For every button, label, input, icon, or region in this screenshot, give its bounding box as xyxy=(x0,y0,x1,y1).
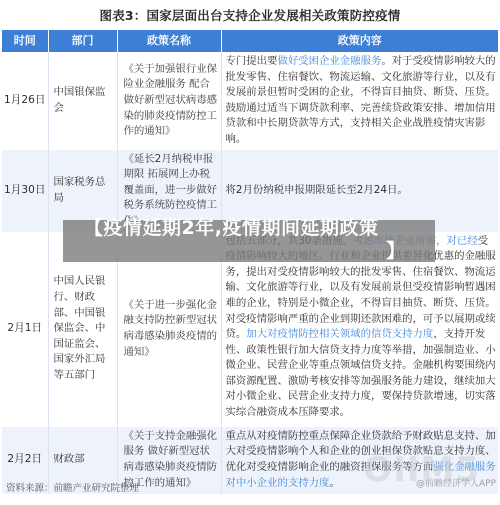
cell-policy-content: 专门提出要做好受困企业金融服务。对于受疫情影响较大的批发零售、住宿餐饮、物流运输… xyxy=(221,52,498,150)
content-highlight: 做好受困企业金融服务 xyxy=(277,55,381,67)
column-header-time: 时间 xyxy=(2,30,48,52)
content-text: 专门提出要 xyxy=(226,55,278,67)
column-header-policy-name: 政策名称 xyxy=(117,30,221,52)
column-header-department: 部门 xyxy=(48,30,117,52)
chart-title: 图表3：国家层面出台支持企业发展相关政策防控疫情 xyxy=(0,6,500,24)
content-text: 。对于受疫情影响较大的批发零售、住宿餐饮、物流运输、文化旅游等行业，以及有发展前… xyxy=(226,55,496,145)
content-highlight: 加大对疫情防控相关领域的信贷支持力度 xyxy=(246,328,433,340)
table-header-row: 时间 部门 政策名称 政策内容 xyxy=(2,30,498,52)
cell-time: 2月1日 xyxy=(2,232,48,427)
cell-department: 中国银保监会 xyxy=(48,52,117,150)
cell-time: 1月26日 xyxy=(2,52,48,150)
overlay-title-tail: 】 xyxy=(84,239,454,263)
content-text: ，支持开发性、政策性银行加大信贷支持力度等举措，加强制造业、小微企业、民营企业等… xyxy=(226,328,496,418)
corner-watermark: @前瞻经济学人APP xyxy=(416,476,496,489)
overlay-title-main: 【疫情延期2年,疫情期间延期政策 xyxy=(84,217,378,239)
cell-time: 1月30日 xyxy=(2,150,48,232)
source-caption: 资料来源：前瞻产业研究院整理 xyxy=(6,480,139,494)
content-text: 。 xyxy=(329,477,339,489)
cell-policy-name: 《关于加强银行业保险业金融服务 配合做好新型冠状病毒感染的肺炎疫情防控工作的通知… xyxy=(117,52,221,150)
table-row: 1月26日 中国银保监会 《关于加强银行业保险业金融服务 配合做好新型冠状病毒感… xyxy=(2,52,498,150)
overlay-title[interactable]: 【疫情延期2年,疫情期间延期政策 】 xyxy=(84,216,454,263)
column-header-policy-content: 政策内容 xyxy=(221,30,498,52)
